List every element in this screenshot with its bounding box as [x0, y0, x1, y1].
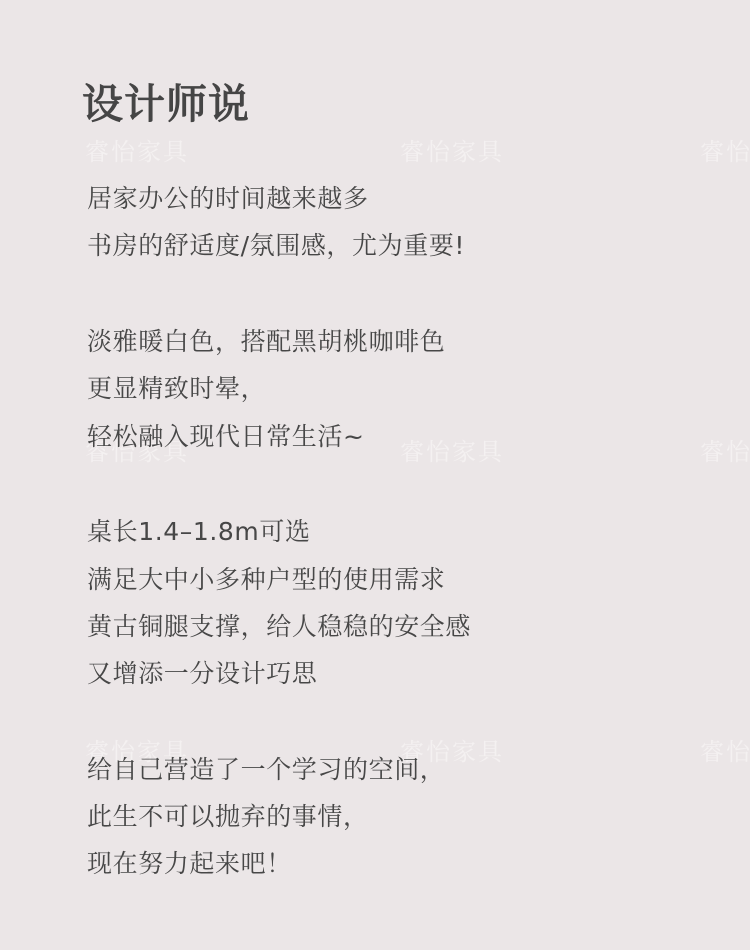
watermark: 睿怡家具 [85, 132, 189, 167]
watermark: 睿怡家具 [400, 132, 504, 167]
text-line: 又增添一分设计巧思 [87, 657, 317, 691]
text-line: 更显精致时晕， [87, 372, 266, 406]
text-line: 书房的舒适度/氛围感，尤为重要! [87, 229, 465, 263]
watermark: 睿怡家具 [400, 432, 504, 467]
watermark: 睿怡家具 [700, 732, 750, 767]
text-line: 轻松融入现代日常生活~ [87, 420, 365, 454]
text-line: 满足大中小多种户型的使用需求 [87, 563, 445, 597]
watermark: 睿怡家具 [700, 432, 750, 467]
text-line: 现在努力起来吧！ [87, 847, 292, 881]
watermark: 睿怡家具 [700, 132, 750, 167]
text-line: 淡雅暖白色，搭配黑胡桃咖啡色 [87, 325, 445, 359]
text-line: 黄古铜腿支撑，给人稳稳的安全感 [87, 610, 471, 644]
page-title: 设计师说 [82, 76, 250, 132]
text-line: 桌长1.4–1.8m可选 [87, 515, 311, 549]
text-line: 居家办公的时间越来越多 [87, 182, 369, 216]
text-line: 给自己营造了一个学习的空间， [87, 753, 445, 787]
text-line: 此生不可以抛弃的事情， [87, 800, 369, 834]
